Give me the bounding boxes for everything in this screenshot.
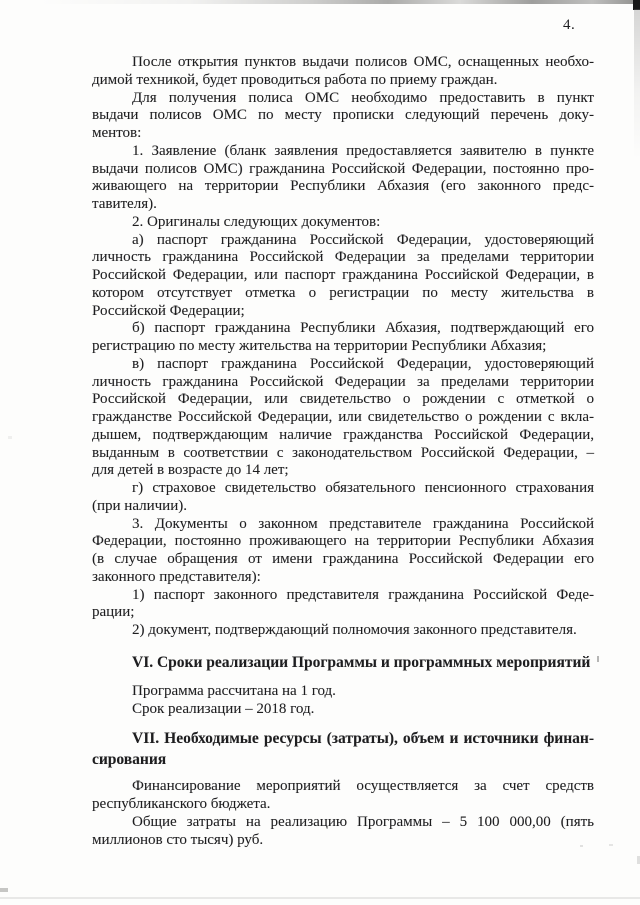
text-line: Российской Федерации, или паспорт гражда… bbox=[92, 267, 594, 285]
text-line: республиканского бюджета. bbox=[92, 796, 594, 814]
scan-artifact-bottom-line bbox=[0, 897, 640, 899]
text-line: Общие затраты на реализацию Программы – … bbox=[92, 814, 594, 832]
scan-artifact-speckle bbox=[8, 436, 12, 439]
text-line: б) паспорт гражданина Республики Абхазия… bbox=[92, 320, 594, 338]
paragraph: а) паспорт гражданина Российской Федерац… bbox=[92, 232, 594, 321]
text-line: 1) паспорт законного представителя гражд… bbox=[92, 587, 594, 605]
paragraph: Финансирование мероприятий осуществляетс… bbox=[92, 778, 594, 814]
text-line: VI. Сроки реализации Программы и програм… bbox=[92, 652, 594, 673]
text-line: 1. Заявление (бланк заявления предоставл… bbox=[92, 143, 594, 161]
paragraph: Для получения полиса ОМС необходимо пред… bbox=[92, 90, 594, 143]
text-line: тавителя). bbox=[92, 196, 594, 214]
paragraph: в) паспорт гражданина Российской Федерац… bbox=[92, 356, 594, 480]
section-heading: VII. Необходимые ресурсы (затраты), объе… bbox=[92, 728, 594, 770]
text-line: Программа рассчитана на 1 год. bbox=[92, 683, 594, 701]
text-line: 2) документ, подтверждающий полномочия з… bbox=[92, 622, 594, 640]
paragraph: 2. Оригиналы следующих документов: bbox=[92, 214, 594, 232]
scan-artifact-speckle bbox=[609, 844, 613, 846]
text-line: (при наличии). bbox=[92, 498, 594, 516]
text-line: г) страховое свидетельство обязательного… bbox=[92, 480, 594, 498]
text-line: 2. Оригиналы следующих документов: bbox=[92, 214, 594, 232]
text-line: личность гражданина Российской Федерации… bbox=[92, 374, 594, 392]
text-line: дышем, подтверждающим наличие гражданств… bbox=[92, 427, 594, 445]
text-line: а) паспорт гражданина Российской Федерац… bbox=[92, 232, 594, 250]
text-line: для детей в возрасте до 14 лет; bbox=[92, 462, 594, 480]
paragraph: 1) паспорт законного представителя гражд… bbox=[92, 587, 594, 623]
document-page: 4. После открытия пунктов выдачи полисов… bbox=[0, 0, 640, 905]
paragraph: 2) документ, подтверждающий полномочия з… bbox=[92, 622, 594, 640]
paragraph: б) паспорт гражданина Республики Абхазия… bbox=[92, 320, 594, 356]
text-line: рации; bbox=[92, 604, 594, 622]
text-line: живающего на территории Республики Абхаз… bbox=[92, 178, 594, 196]
text-line: выданным в соответствии с законодательст… bbox=[92, 445, 594, 463]
paragraph: Программа рассчитана на 1 год. bbox=[92, 683, 594, 701]
text-line: После открытия пунктов выдачи полисов ОМ… bbox=[92, 54, 594, 72]
scan-artifact-corner-mark bbox=[633, 0, 640, 10]
scan-artifact-top-band bbox=[40, 0, 640, 4]
text-line: регистрацию по месту жительства на терри… bbox=[92, 338, 594, 356]
text-line: димой техникой, будет проводиться работа… bbox=[92, 72, 594, 90]
paragraph: 3. Документы о законном представителе гр… bbox=[92, 516, 594, 587]
scan-artifact-speckle bbox=[597, 656, 599, 662]
text-line: котором отсутствует отметка о регистраци… bbox=[92, 285, 594, 303]
text-line: в) паспорт гражданина Российской Федерац… bbox=[92, 356, 594, 374]
text-line: Срок реализации – 2018 год. bbox=[92, 701, 594, 719]
document-text: После открытия пунктов выдачи полисов ОМ… bbox=[92, 54, 594, 849]
text-line: ментов: bbox=[92, 125, 594, 143]
text-line: выдачи полисов ОМС по месту прописки сле… bbox=[92, 107, 594, 125]
text-line: 3. Документы о законном представителе гр… bbox=[92, 516, 594, 534]
text-line: Федерации, постоянно проживающего на тер… bbox=[92, 533, 594, 551]
paragraph: Общие затраты на реализацию Программы – … bbox=[92, 814, 594, 850]
text-line: (в случае обращения от имени гражданина … bbox=[92, 551, 594, 569]
scan-artifact-bottom-left-mark bbox=[0, 888, 8, 892]
text-line: гражданстве Российской Федерации, или св… bbox=[92, 409, 594, 427]
paragraph: 1. Заявление (бланк заявления предоставл… bbox=[92, 143, 594, 214]
text-line: сирования bbox=[92, 749, 594, 770]
text-line: законного представителя): bbox=[92, 569, 594, 587]
section-heading: VI. Сроки реализации Программы и програм… bbox=[92, 652, 594, 673]
text-line: выдачи полисов ОМС) гражданина Российско… bbox=[92, 161, 594, 179]
text-line: Финансирование мероприятий осуществляетс… bbox=[92, 778, 594, 796]
text-line: миллионов сто тысяч) руб. bbox=[92, 832, 594, 850]
scan-artifact-right-strip bbox=[634, 9, 640, 159]
page-number: 4. bbox=[563, 17, 575, 34]
text-line: личность гражданина Российской Федерации… bbox=[92, 249, 594, 267]
paragraph: Срок реализации – 2018 год. bbox=[92, 701, 594, 719]
paragraph: После открытия пунктов выдачи полисов ОМ… bbox=[92, 54, 594, 90]
text-line: Российской Федерации; bbox=[92, 303, 594, 321]
paragraph: г) страховое свидетельство обязательного… bbox=[92, 480, 594, 516]
text-line: Для получения полиса ОМС необходимо пред… bbox=[92, 90, 594, 108]
text-line: VII. Необходимые ресурсы (затраты), объе… bbox=[92, 728, 594, 749]
text-line: Российской Федерации, или свидетельство … bbox=[92, 391, 594, 409]
